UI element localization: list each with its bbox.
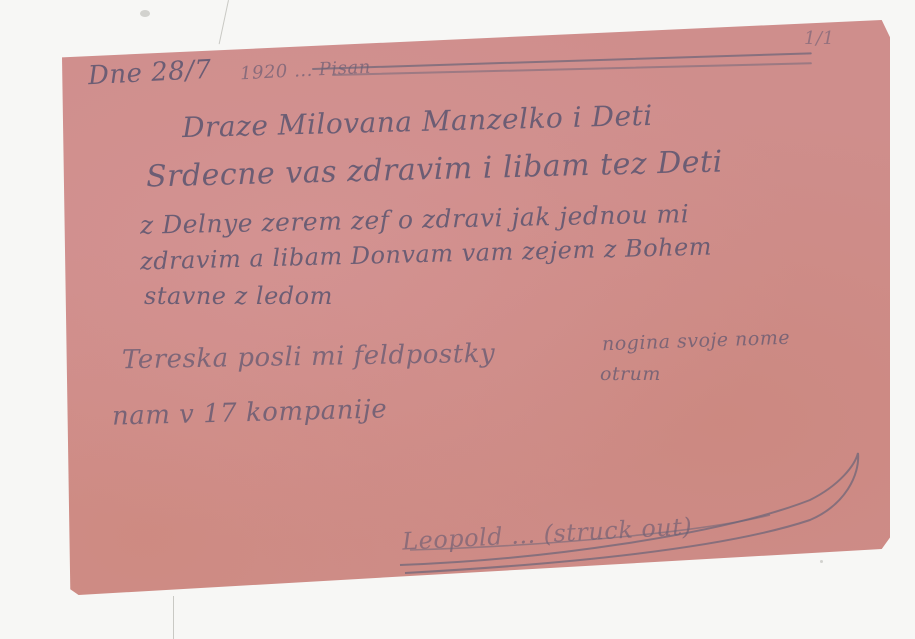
- body-line-2: z Delnye zerem zef o zdravi jak jednou m…: [140, 199, 690, 239]
- salutation: Draze Milovana Manzelko i Deti: [182, 99, 654, 144]
- dust-speck: [140, 10, 150, 17]
- note-side-1: nogina svoje nome: [602, 327, 791, 356]
- strike-through-header: [312, 52, 812, 70]
- note-side-2: otrum: [600, 363, 661, 385]
- body-line-1: Srdecne vas zdravim i libam tez Deti: [146, 144, 724, 194]
- paper-crease: [219, 0, 229, 44]
- date-line: Dne 28/7: [87, 55, 212, 91]
- struck-header-text: 1920 ... Pisan: [240, 57, 372, 85]
- body-line-4: stavne z ledom: [144, 282, 333, 310]
- corner-mark: 1/1: [804, 28, 834, 49]
- paper-crease: [173, 596, 174, 639]
- note-line-1: Tereska posli mi feldpostky: [122, 339, 496, 376]
- signature-flourish: [390, 445, 870, 585]
- body-line-3: zdravim a libam Donvam vam zejem z Bohem: [140, 233, 713, 276]
- note-line-2: nam v 17 kompanije: [112, 394, 388, 431]
